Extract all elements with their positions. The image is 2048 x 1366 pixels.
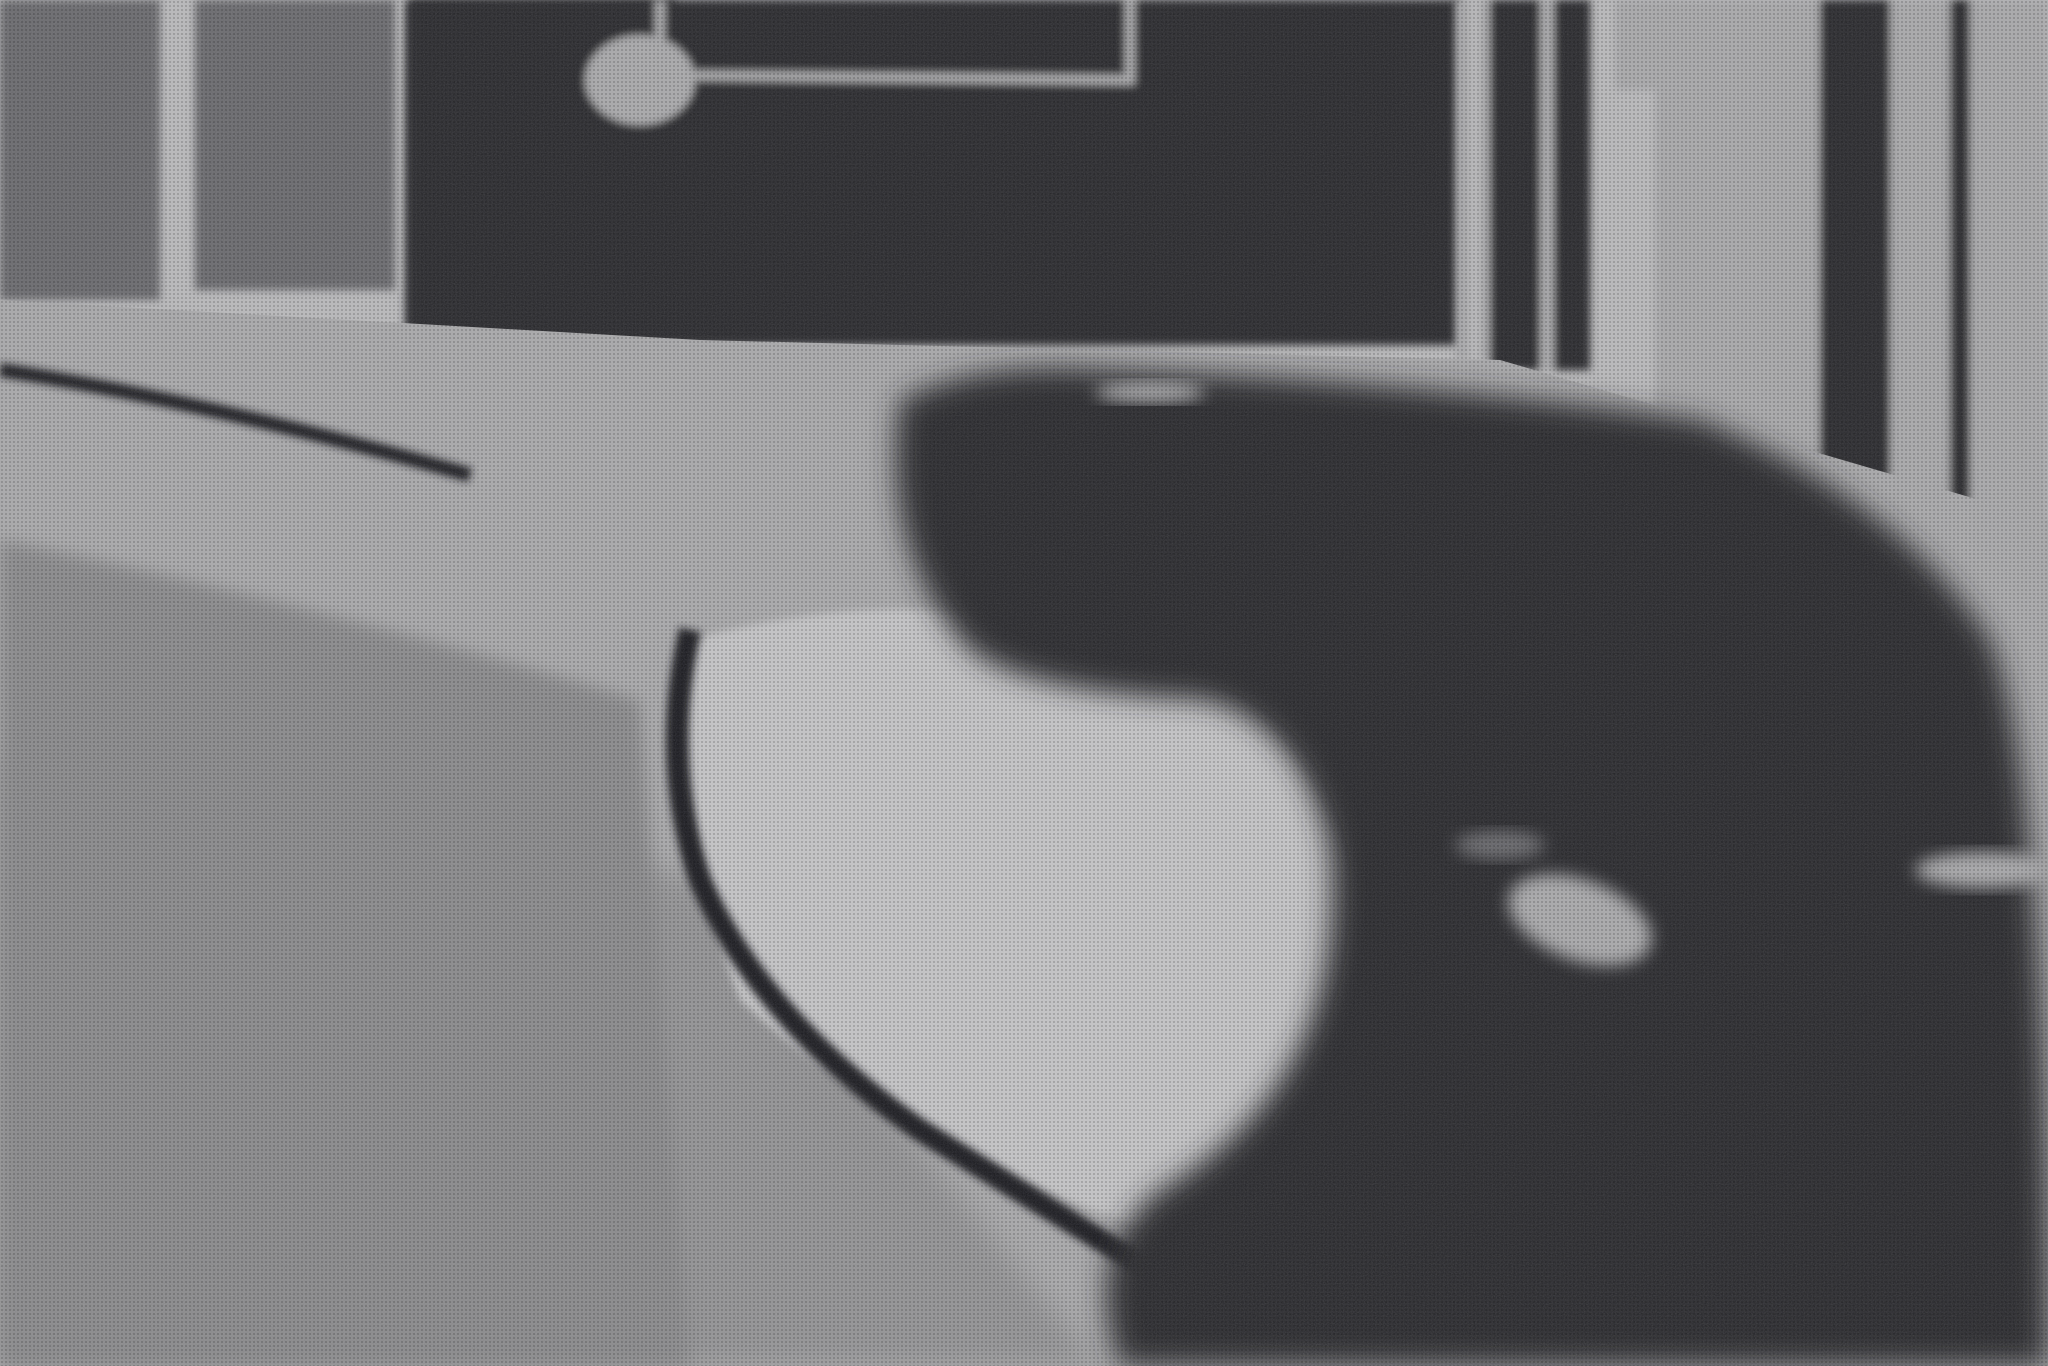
photograph xyxy=(0,0,2048,1366)
grain-overlay xyxy=(0,0,2048,1366)
